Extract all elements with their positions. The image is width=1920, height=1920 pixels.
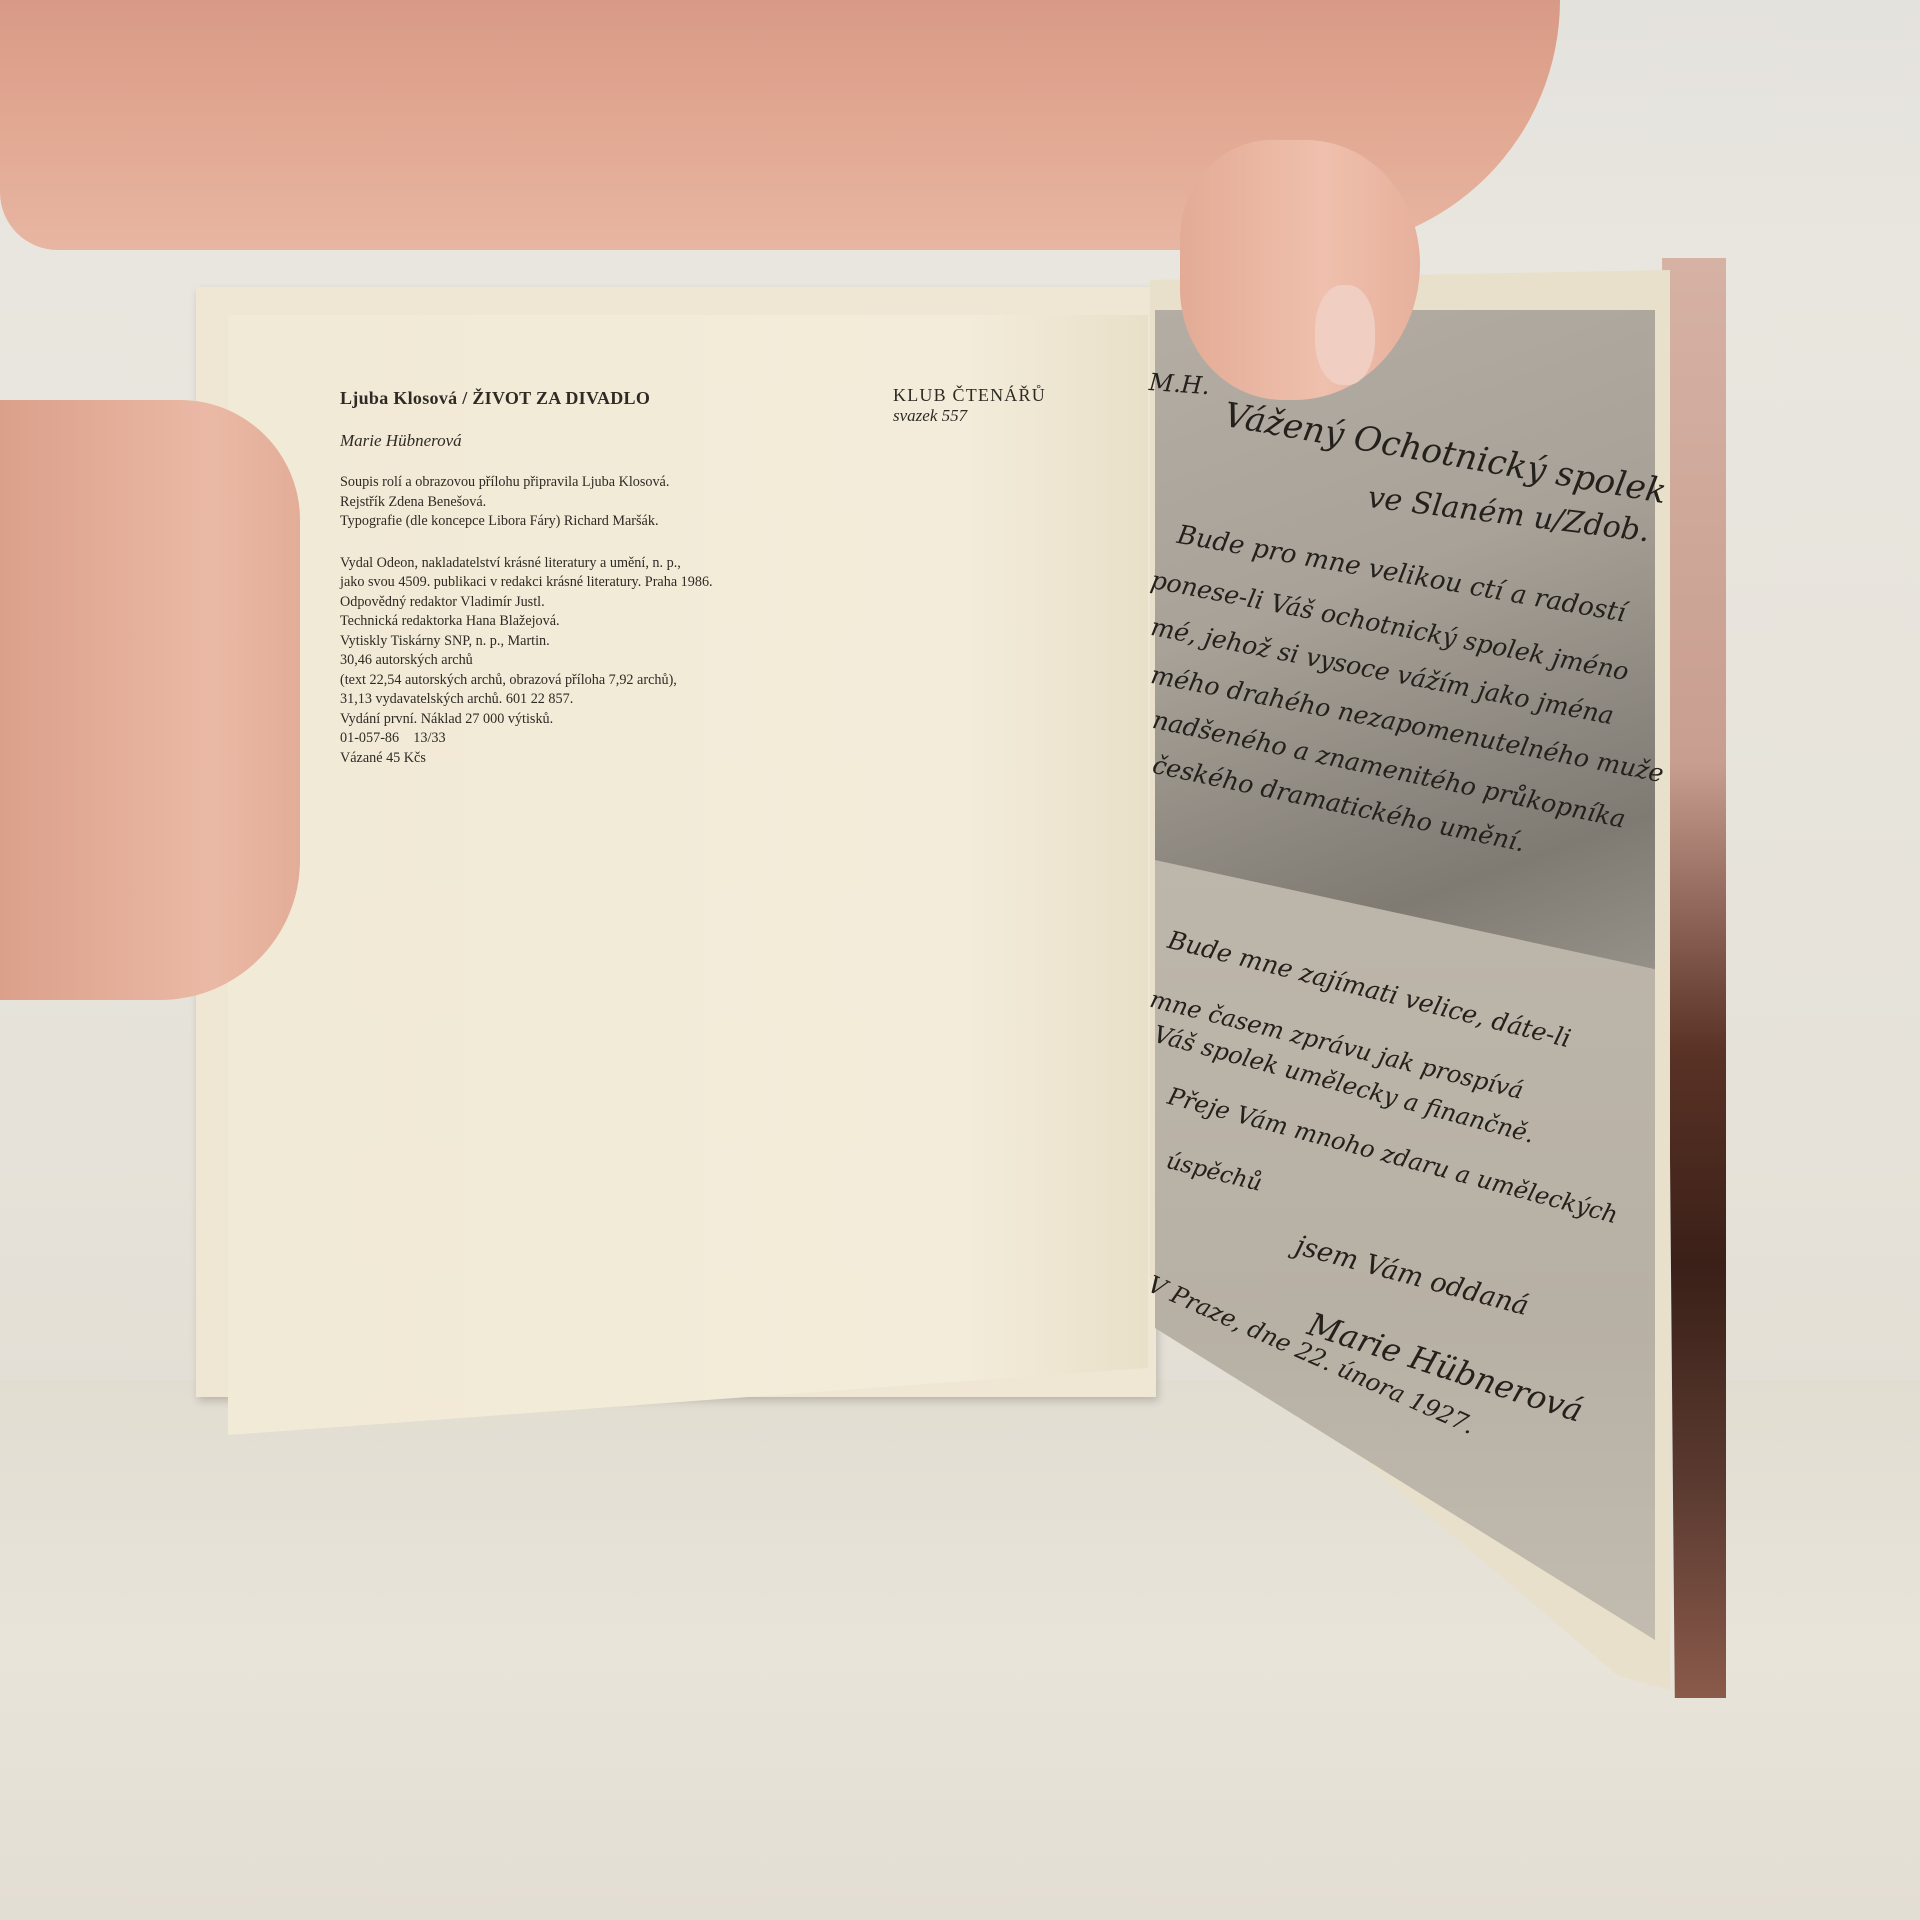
series-volume: svazek 557	[893, 406, 1046, 426]
imprint-line: (text 22,54 autorských archů, obrazová p…	[340, 671, 900, 691]
book-title-line: Ljuba Klosová / ŽIVOT ZA DIVADLO	[340, 388, 900, 409]
left-hand	[0, 400, 300, 1000]
series-label: KLUB ČTENÁŘŮ svazek 557	[893, 385, 1046, 426]
credits-block: Soupis rolí a obrazovou přílohu připravi…	[340, 473, 900, 532]
imprint-line: Odpovědný redaktor Vladimír Justl.	[340, 593, 900, 613]
imprint-line: Vydání první. Náklad 27 000 výtisků.	[340, 710, 900, 730]
thumbnail	[1315, 285, 1375, 385]
imprint-line: 30,46 autorských archů	[340, 651, 900, 671]
imprint-block: Ljuba Klosová / ŽIVOT ZA DIVADLO Marie H…	[340, 388, 900, 768]
imprint-line: 31,13 vydavatelských archů. 601 22 857.	[340, 690, 900, 710]
credit-line: Soupis rolí a obrazovou přílohu připravi…	[340, 473, 900, 493]
book-subtitle: Marie Hübnerová	[340, 431, 900, 451]
imprint-line: Vydal Odeon, nakladatelství krásné liter…	[340, 554, 900, 574]
credit-line: Typografie (dle koncepce Libora Fáry) Ri…	[340, 512, 900, 532]
imprint-line: 01-057-86 13/33	[340, 729, 900, 749]
handwriting-line: M.H.	[1148, 368, 1211, 400]
publisher-block: Vydal Odeon, nakladatelství krásné liter…	[340, 554, 900, 769]
imprint-line: Vázané 45 Kčs	[340, 749, 900, 769]
imprint-line: jako svou 4509. publikaci v redakci krás…	[340, 573, 900, 593]
series-club: KLUB ČTENÁŘŮ	[893, 385, 1046, 406]
imprint-line: Technická redaktorka Hana Blažejová.	[340, 612, 900, 632]
imprint-line: Vytiskly Tiskárny SNP, n. p., Martin.	[340, 632, 900, 652]
credit-line: Rejstřík Zdena Benešová.	[340, 493, 900, 513]
